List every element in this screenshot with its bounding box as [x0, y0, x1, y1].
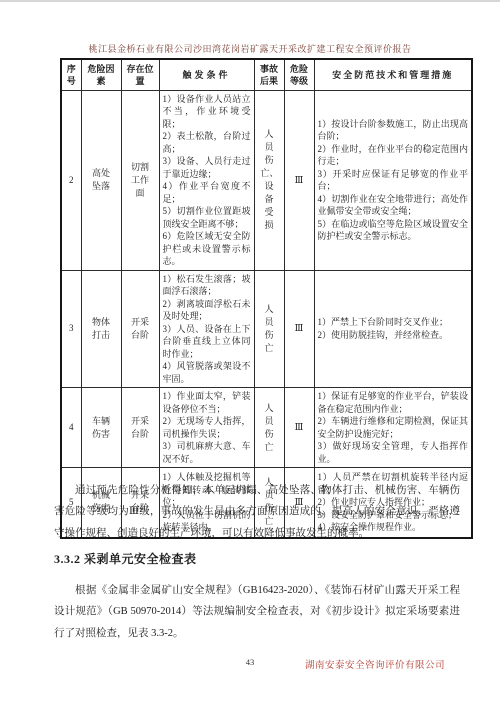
cell-measures: 1）按设计台阶参数施工，防止出现高台阶； 2）作业时，在作业平台的稳定范围内行走… — [314, 90, 472, 270]
cell-location: 切割工作面 — [121, 90, 159, 270]
cell-measures: 1）保证有足够宽的作业平台，铲装设备在稳定范围内作业； 2）车辆进行维修和定期检… — [314, 388, 472, 468]
th-risk-level: 危险等级 — [284, 59, 314, 90]
cell-consequence: 人员伤亡 — [254, 270, 284, 388]
page-footer: 43 湖南安泰安全咨询评价有限公司 — [0, 657, 500, 673]
hazard-row-vehicle-injury: 4 车辆伤害 开采台阶 1）作业面太窄，铲装设备停位不当； 2）无现场专人指挥，… — [61, 388, 472, 468]
checklist-paragraph: 根据《金属非金属矿山安全规程》（GB16423-2020）、《装饰石材矿山露天开… — [54, 580, 460, 644]
th-consequence: 事故后果 — [254, 59, 284, 90]
cell-risk-level: Ⅲ — [284, 90, 314, 270]
cell-triggers: 1）设备作业人员站立不当，作业环境受限； 2）表土松散，台阶过高； 3）设备、人… — [159, 90, 254, 270]
th-hazard-factor: 危险因素 — [81, 59, 121, 90]
hazard-analysis-table: 序号 危险因素 存在位置 触发条件 事故后果 危险等级 安全防范技术和管理措施 … — [60, 58, 473, 539]
cell-triggers: 1）松石发生滚落；坡面浮石滚落； 2）剥离坡面浮松石未及时处理； 3）人员、设备… — [159, 270, 254, 388]
cell-hazard-factor: 物体打击 — [81, 270, 121, 388]
cell-risk-level: Ⅲ — [284, 388, 314, 468]
cell-measures: 1）严禁上下台阶同时交叉作业； 2）使用防脱挂钩，并经常检查。 — [314, 270, 472, 388]
cell-triggers: 1）作业面太窄，铲装设备停位不当； 2）无现场专人指挥，司机操作失误； 3）司机… — [159, 388, 254, 468]
cell-no: 3 — [61, 270, 81, 388]
cell-no: 4 — [61, 388, 81, 468]
th-location: 存在位置 — [121, 59, 159, 90]
cell-location: 开采台阶 — [121, 270, 159, 388]
th-no: 序号 — [61, 59, 81, 90]
cell-hazard-factor: 车辆伤害 — [81, 388, 121, 468]
cell-location: 开采台阶 — [121, 388, 159, 468]
th-trigger-conditions: 触发条件 — [159, 59, 254, 90]
hazard-row-falling-from-height: 2 高处坠落 切割工作面 1）设备作业人员站立不当，作业环境受限； 2）表土松散… — [61, 90, 472, 270]
th-measures: 安全防范技术和管理措施 — [314, 59, 472, 90]
cell-consequence: 人员伤亡、设备受损 — [254, 90, 284, 270]
hazard-row-object-strike: 3 物体打击 开采台阶 1）松石发生滚落；坡面浮石滚落； 2）剥离坡面浮松石未及… — [61, 270, 472, 388]
footer-company-name: 湖南安泰安全咨询评价有限公司 — [305, 657, 445, 671]
table-header-row: 序号 危险因素 存在位置 触发条件 事故后果 危险等级 安全防范技术和管理措施 — [61, 59, 472, 90]
analysis-paragraph: 通过预先危险性分析得知，本单元坍塌、高处坠落、物体打击、机械伤害、车辆伤害危险等… — [54, 480, 460, 544]
cell-risk-level: Ⅲ — [284, 270, 314, 388]
cell-consequence: 人员伤亡 — [254, 388, 284, 468]
cell-hazard-factor: 高处坠落 — [81, 90, 121, 270]
document-page: 桃江县金桥石业有限公司沙田湾花岗岩矿露天开采改扩建工程安全预评价报告 序号 危险… — [0, 0, 500, 707]
cell-no: 2 — [61, 90, 81, 270]
doc-header-title: 桃江县金桥石业有限公司沙田湾花岗岩矿露天开采改扩建工程安全预评价报告 — [0, 42, 500, 55]
section-heading: 3.3.2 采剥单元安全检查表 — [54, 550, 197, 567]
